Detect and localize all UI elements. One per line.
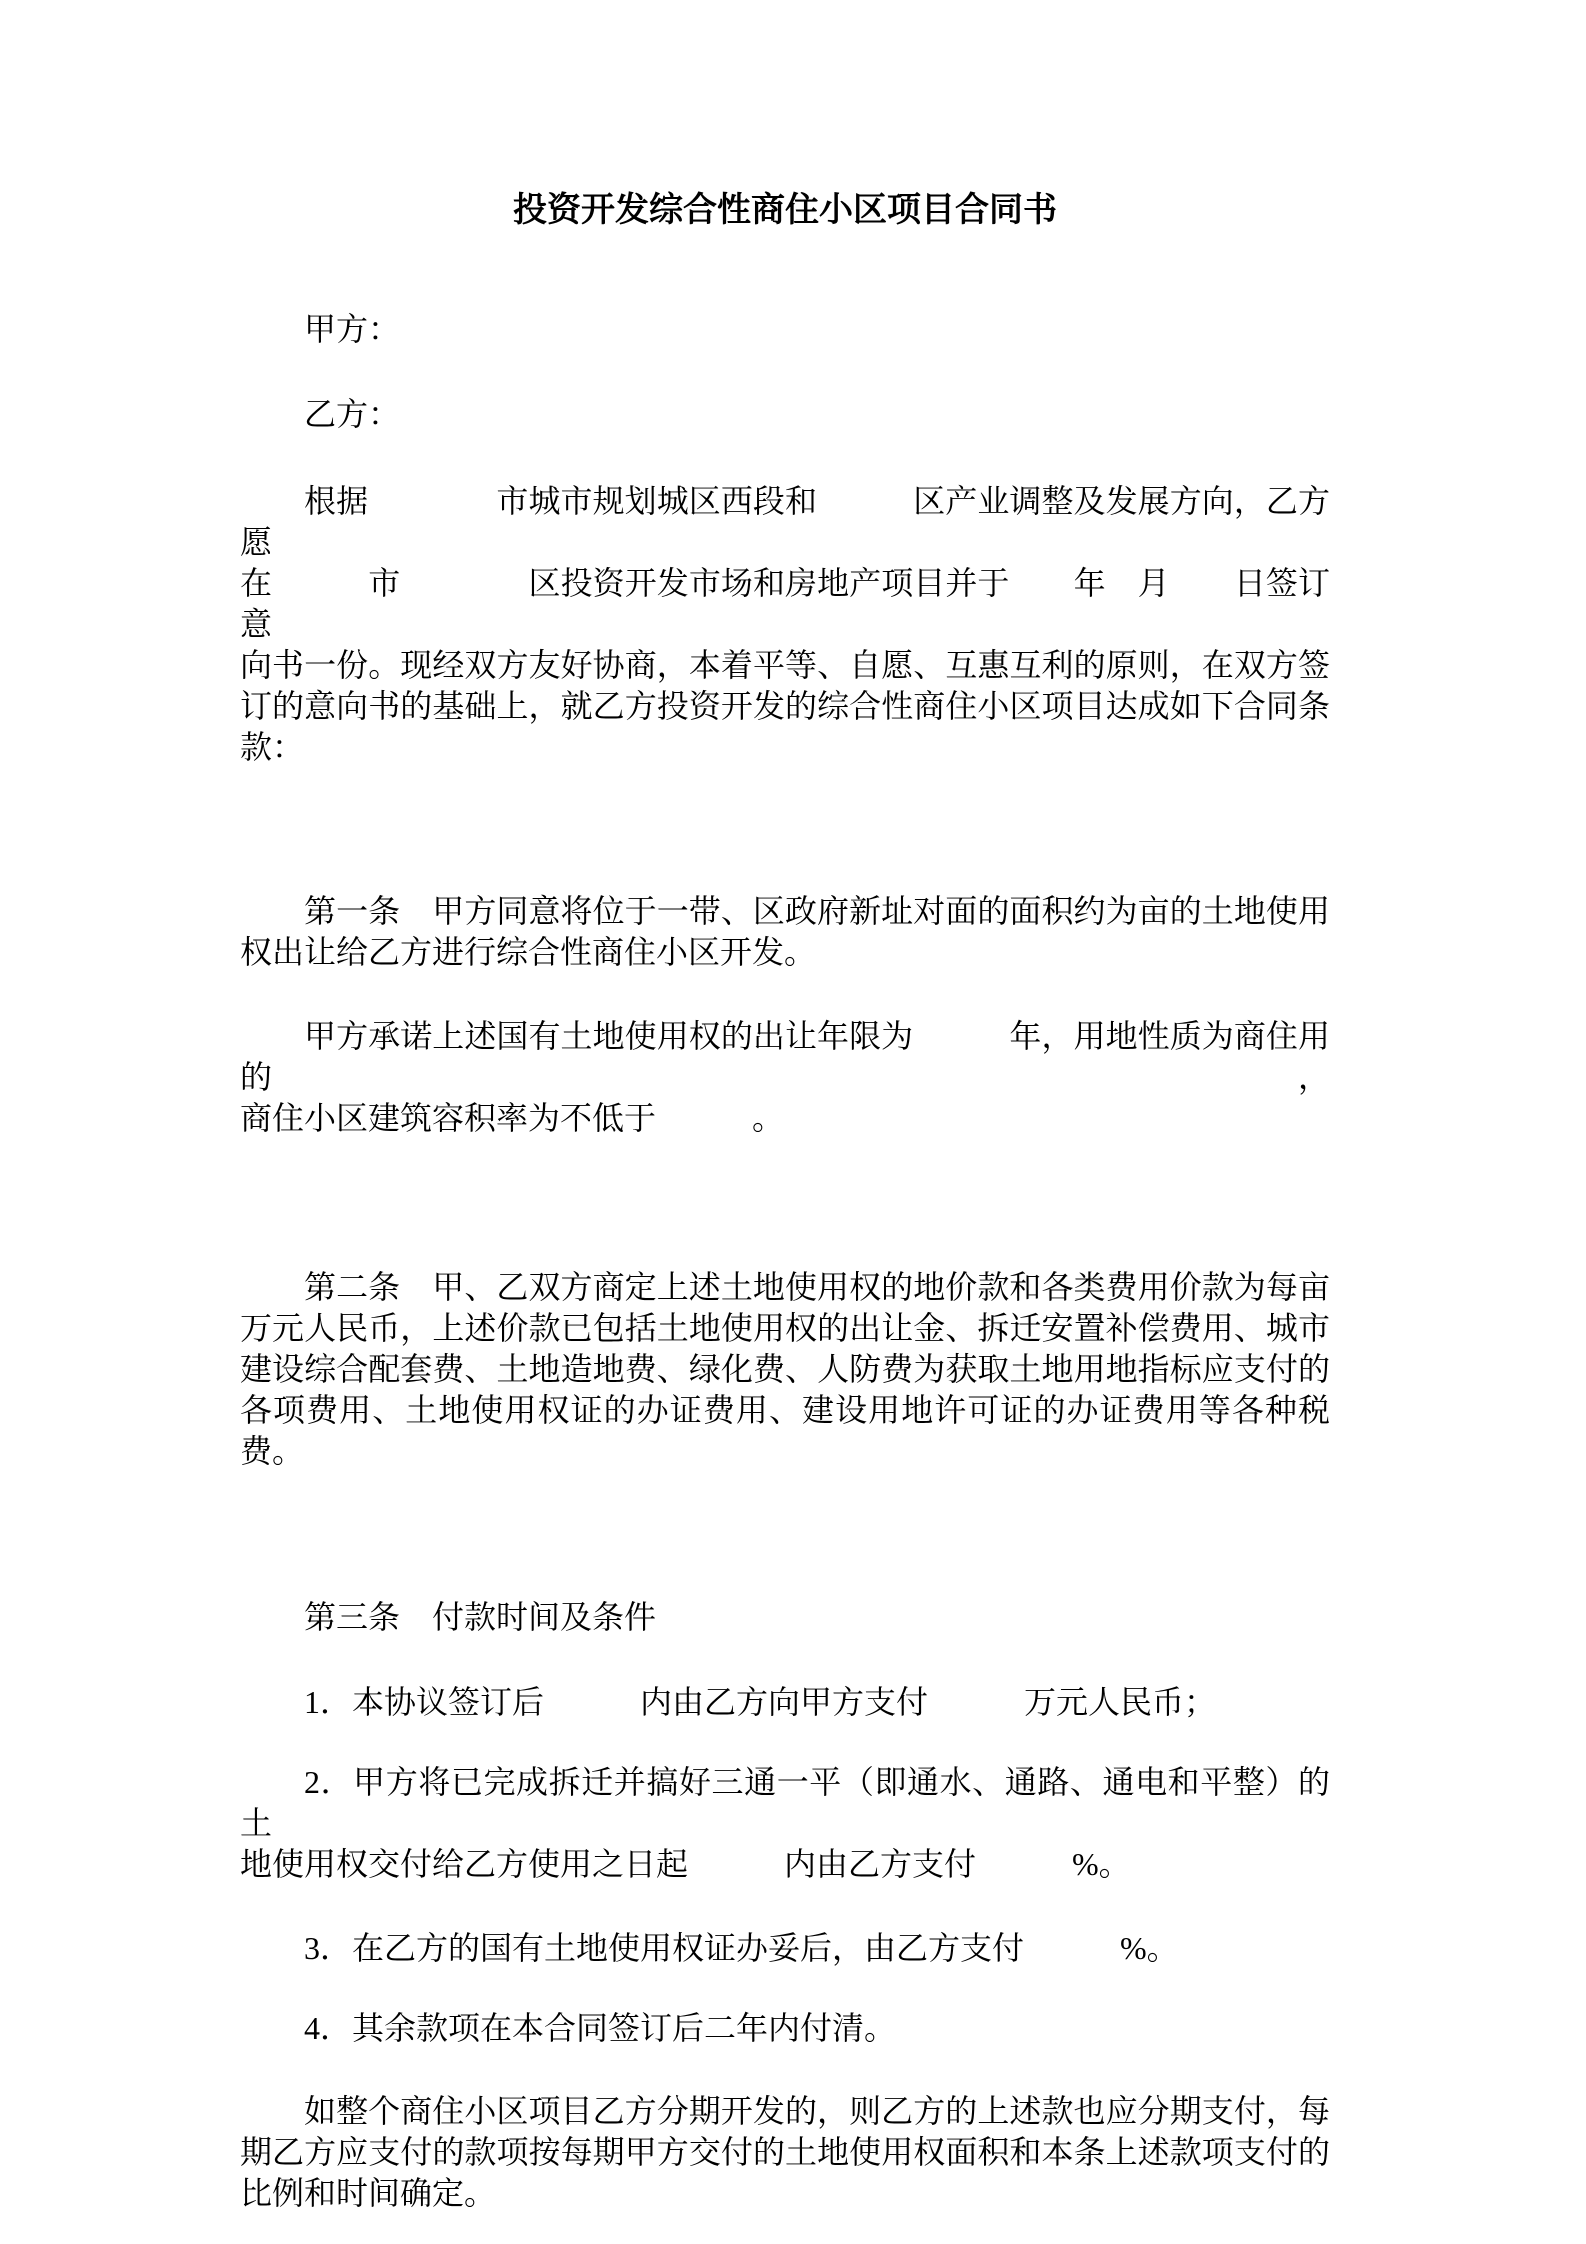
article-2-line: 各项费用、土地使用权证的办证费用、建设用地许可证的办证费用等各种税 — [240, 1390, 1330, 1431]
payment-item-4-paragraph: 4．其余款项在本合同签订后二年内付清。 — [240, 2008, 1330, 2049]
party-b-paragraph: 乙方： — [240, 394, 1330, 435]
article-1-paragraph: 第一条 甲方同意将位于一带、区政府新址对面的面积约为亩的土地使用 权出让给乙方进… — [240, 891, 1330, 973]
party-a-label: 甲方： — [240, 309, 1330, 350]
closing-line: 期乙方应支付的款项按每期甲方交付的土地使用权面积和本条上述款项支付的 — [240, 2132, 1330, 2173]
party-a-paragraph: 甲方： — [240, 309, 1330, 350]
closing-line: 如整个商住小区项目乙方分期开发的，则乙方的上述款也应分期支付，每 — [240, 2091, 1330, 2132]
payment-item-3-line: 3．在乙方的国有土地使用权证办妥后，由乙方支付 %。 — [240, 1928, 1330, 1969]
article-2-line: 万元人民币，上述价款已包括土地使用权的出让金、拆迁安置补偿费用、城市 — [240, 1308, 1330, 1349]
closing-line: 比例和时间确定。 — [240, 2173, 1330, 2214]
payment-item-1-line: 1．本协议签订后 内由乙方向甲方支付 万元人民币； — [240, 1682, 1330, 1723]
payment-item-1-paragraph: 1．本协议签订后 内由乙方向甲方支付 万元人民币； — [240, 1682, 1330, 1723]
preamble-line: 向书一份。现经双方友好协商，本着平等、自愿、互惠互利的原则，在双方签 — [240, 645, 1330, 686]
preamble-line: 款： — [240, 727, 1330, 768]
payment-item-2-line: 地使用权交付给乙方使用之日起 内由乙方支付 %。 — [240, 1844, 1330, 1885]
payment-item-2-line: 2．甲方将已完成拆迁并搞好三通一平（即通水、通路、通电和平整）的土 — [240, 1762, 1330, 1844]
article-1-commitment-paragraph: 甲方承诺上述国有土地使用权的出让年限为 年，用地性质为商住用的， 商住小区建筑容… — [240, 1016, 1330, 1139]
preamble-line: 根据 市城市规划城区西段和 区产业调整及发展方向，乙方愿 — [240, 481, 1330, 563]
article-2-line: 第二条 甲、乙双方商定上述土地使用权的地价款和各类费用价款为每亩 — [240, 1267, 1330, 1308]
article-2-paragraph: 第二条 甲、乙双方商定上述土地使用权的地价款和各类费用价款为每亩 万元人民币，上… — [240, 1267, 1330, 1472]
article-1-commitment-line: 商住小区建筑容积率为不低于 。 — [240, 1098, 1330, 1139]
article-2-line: 费。 — [240, 1431, 1330, 1472]
article-1-line: 权出让给乙方进行综合性商住小区开发。 — [240, 932, 1330, 973]
payment-item-4-line: 4．其余款项在本合同签订后二年内付清。 — [240, 2008, 1330, 2049]
document-body: 投资开发综合性商住小区项目合同书 甲方： 乙方： 根据 市城市规划城区西段和 区… — [240, 0, 1330, 2214]
document-title: 投资开发综合性商住小区项目合同书 — [240, 188, 1330, 233]
contract-document-page: { "colors": { "page_background": "#fffff… — [0, 0, 1586, 2244]
closing-paragraph: 如整个商住小区项目乙方分期开发的，则乙方的上述款也应分期支付，每 期乙方应支付的… — [240, 2091, 1330, 2214]
article-3-heading-paragraph: 第三条 付款时间及条件 — [240, 1597, 1330, 1638]
preamble-paragraph: 根据 市城市规划城区西段和 区产业调整及发展方向，乙方愿 在 市 区投资开发市场… — [240, 481, 1330, 768]
preamble-line: 在 市 区投资开发市场和房地产项目并于 年 月 日签订意 — [240, 563, 1330, 645]
article-2-line: 建设综合配套费、土地造地费、绿化费、人防费为获取土地用地指标应支付的 — [240, 1349, 1330, 1390]
article-1-line: 第一条 甲方同意将位于一带、区政府新址对面的面积约为亩的土地使用 — [240, 891, 1330, 932]
preamble-line: 订的意向书的基础上，就乙方投资开发的综合性商住小区项目达成如下合同条 — [240, 686, 1330, 727]
payment-item-3-paragraph: 3．在乙方的国有土地使用权证办妥后，由乙方支付 %。 — [240, 1928, 1330, 1969]
article-1-commitment-line: 甲方承诺上述国有土地使用权的出让年限为 年，用地性质为商住用的， — [240, 1016, 1330, 1098]
payment-item-2-paragraph: 2．甲方将已完成拆迁并搞好三通一平（即通水、通路、通电和平整）的土 地使用权交付… — [240, 1762, 1330, 1885]
party-b-label: 乙方： — [240, 394, 1330, 435]
article-3-heading: 第三条 付款时间及条件 — [240, 1597, 1330, 1638]
